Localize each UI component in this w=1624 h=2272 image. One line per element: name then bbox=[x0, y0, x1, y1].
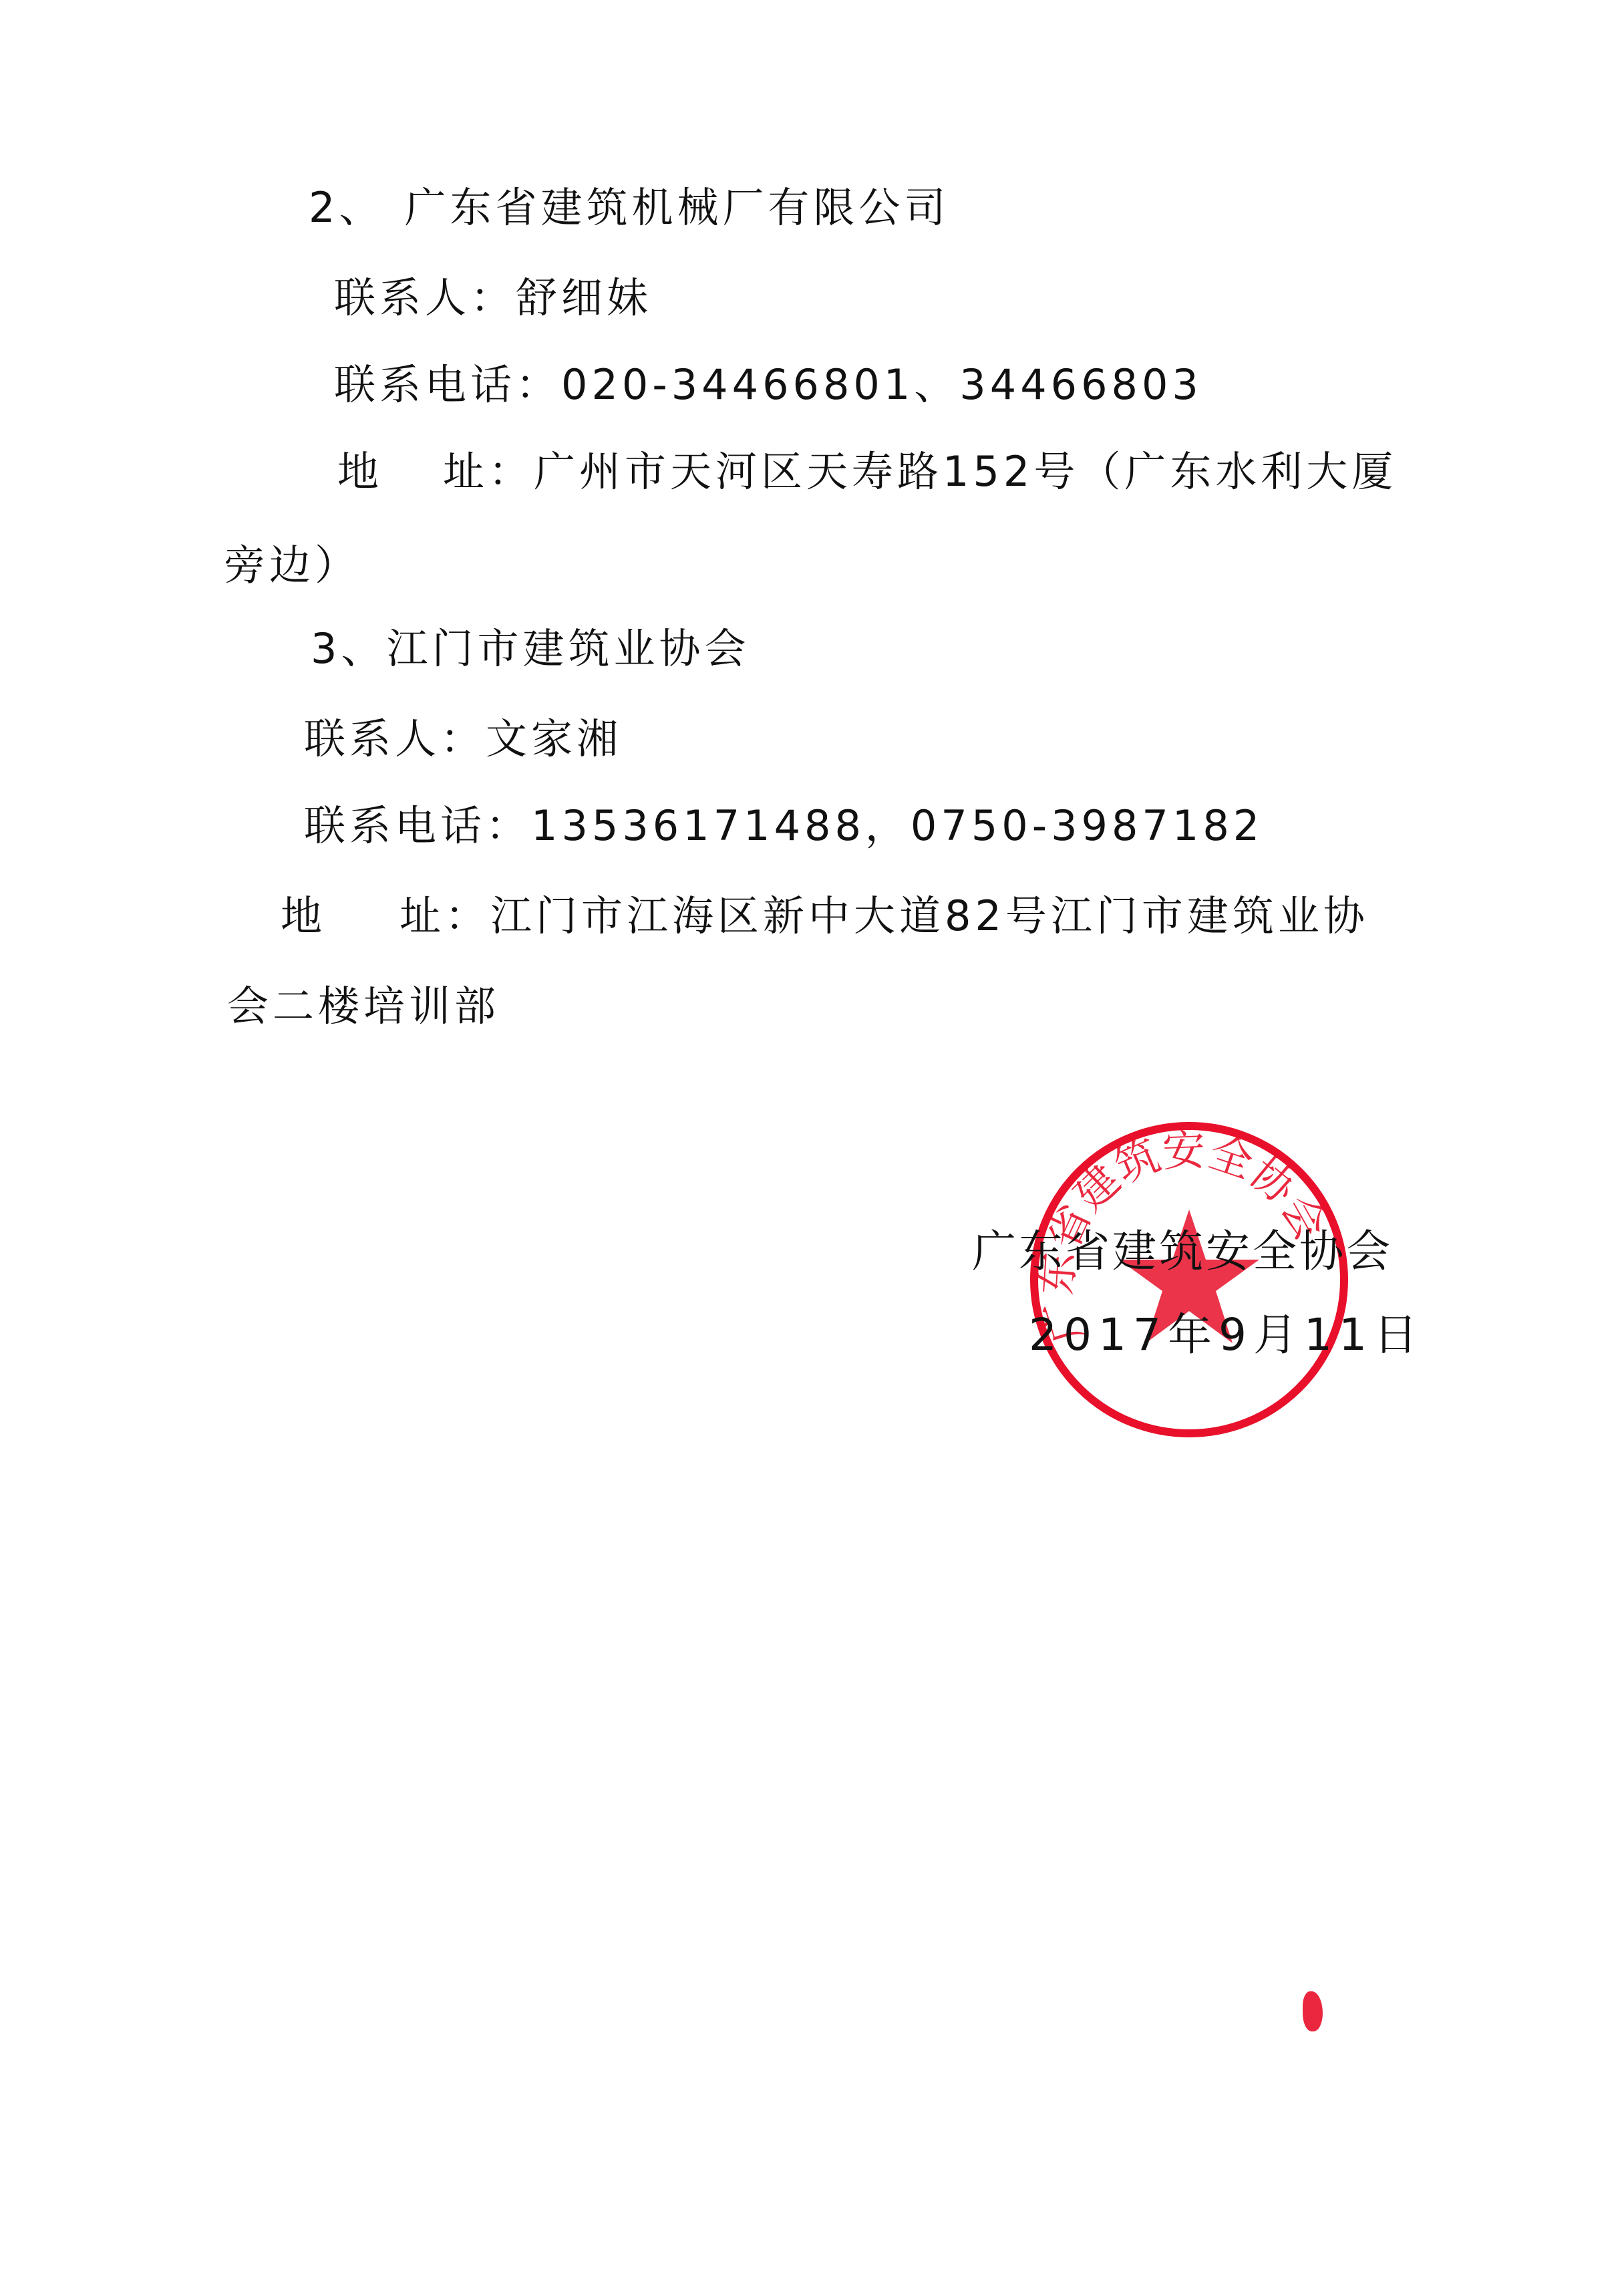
address-label-2: 址： bbox=[399, 891, 490, 940]
contact-name: 舒细妹 bbox=[516, 273, 652, 322]
section-3-phone: 联系电话：13536171488，0750-3987182 bbox=[304, 805, 1263, 847]
section-2-address-continued: 旁边） bbox=[224, 545, 360, 586]
section-2-phone: 联系电话：020-34466801、34466803 bbox=[334, 364, 1202, 406]
phone-label: 联系电话： bbox=[304, 801, 531, 850]
address-label-2: 址： bbox=[443, 447, 534, 496]
phone-label: 联系电话： bbox=[334, 360, 561, 409]
address-line-1: 江门市江海区新中大道82号江门市建筑业协 bbox=[490, 891, 1369, 940]
signature-date: 2017年9月11日 bbox=[1029, 1313, 1424, 1357]
seal-icon: 广东省建筑安全协会 bbox=[1022, 1116, 1356, 1443]
section-2-contact: 联系人：舒细妹 bbox=[334, 277, 652, 319]
section-2-address: 地址：广州市天河区天寿路152号（广东水利大厦 bbox=[337, 451, 1397, 492]
official-seal: 广东省建筑安全协会 bbox=[1022, 1116, 1356, 1443]
address-label-1: 地 bbox=[337, 447, 383, 496]
section-3-address: 地址：江门市江海区新中大道82号江门市建筑业协 bbox=[281, 895, 1369, 937]
phone-value: 020-34466801、34466803 bbox=[561, 360, 1202, 409]
address-line-2: 旁边） bbox=[224, 541, 360, 589]
address-line-2: 会二楼培训部 bbox=[227, 982, 500, 1030]
section-3-contact: 联系人：文家湘 bbox=[304, 718, 622, 760]
scan-mark bbox=[1303, 1991, 1323, 2031]
section-index: 2、 bbox=[309, 183, 384, 232]
section-3-address-continued: 会二楼培训部 bbox=[227, 986, 500, 1027]
contact-label: 联系人： bbox=[304, 714, 486, 763]
organization-name: 江门市建筑业协会 bbox=[386, 624, 750, 673]
phone-value: 13536171488，0750-3987182 bbox=[531, 801, 1263, 850]
section-2-heading: 2、广东省建筑机械厂有限公司 bbox=[309, 187, 949, 229]
address-line-1: 广州市天河区天寿路152号（广东水利大厦 bbox=[534, 447, 1397, 496]
contact-label: 联系人： bbox=[334, 273, 516, 322]
signature-organization: 广东省建筑安全协会 bbox=[972, 1230, 1393, 1274]
organization-name: 广东省建筑机械厂有限公司 bbox=[404, 183, 949, 232]
contact-name: 文家湘 bbox=[486, 714, 622, 763]
section-3-heading: 3、江门市建筑业协会 bbox=[311, 628, 750, 670]
section-index: 3、 bbox=[311, 624, 386, 673]
address-label-1: 地 bbox=[281, 891, 326, 940]
